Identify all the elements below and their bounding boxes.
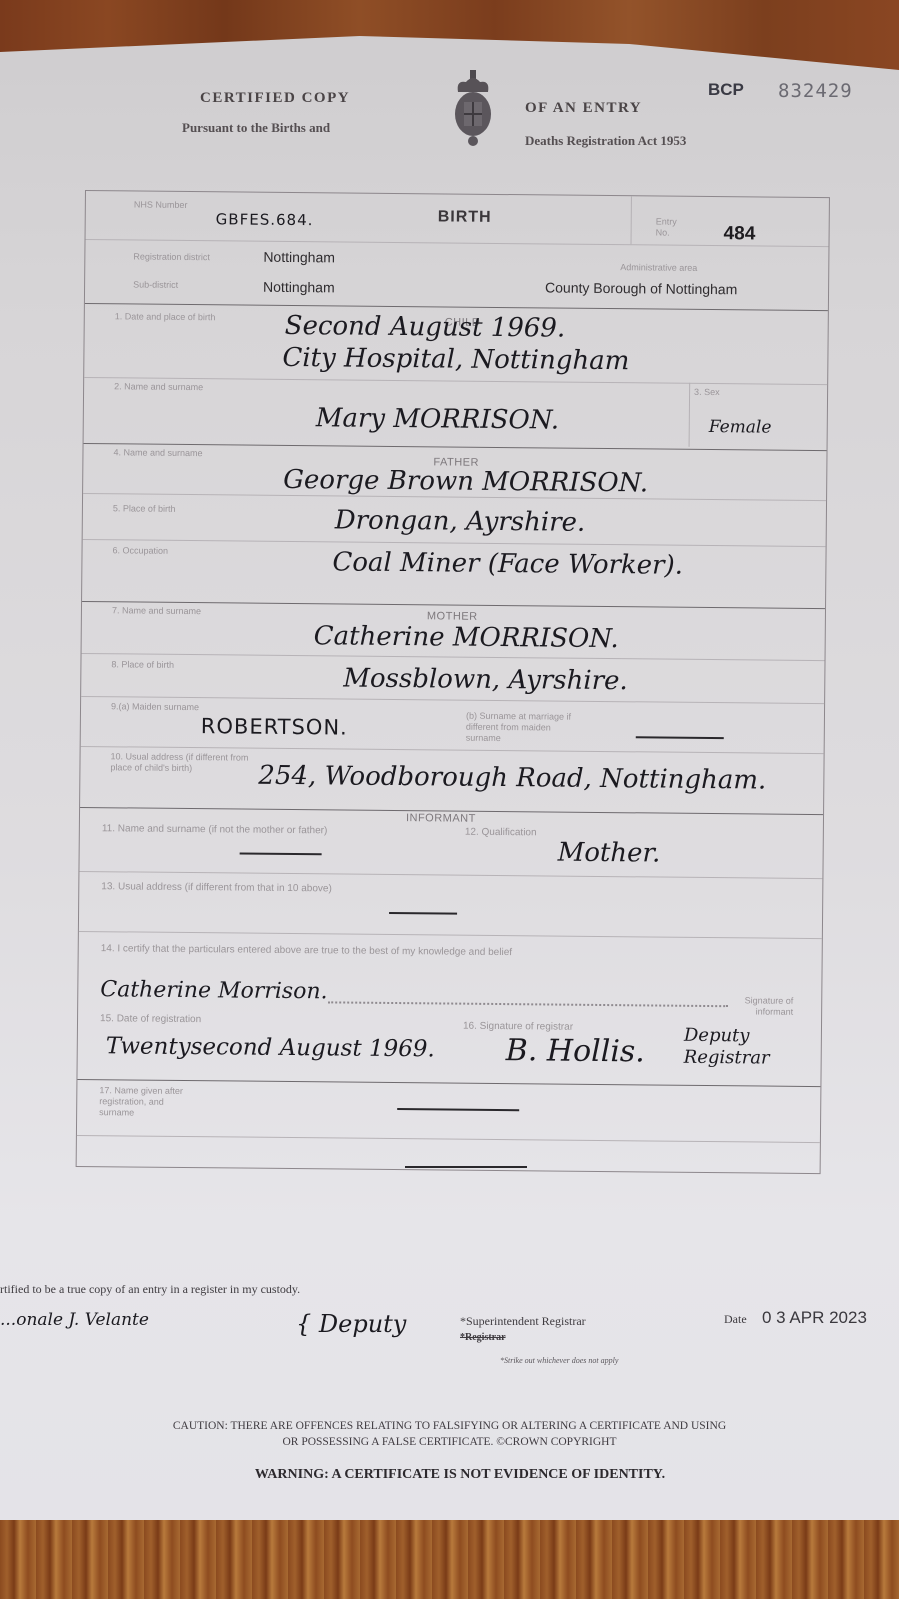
mother-name: Catherine MORRISON.	[314, 621, 619, 654]
registration-district-value: Nottingham	[263, 249, 335, 266]
caution-line-1: CAUTION: THERE ARE OFFENCES RELATING TO …	[0, 1420, 899, 1432]
caution-line-2: OR POSSESSING A FALSE CERTIFICATE. ©CROW…	[0, 1436, 899, 1448]
divider	[689, 383, 691, 447]
divider	[85, 303, 828, 311]
mother-maiden-surname: ROBERTSON.	[201, 714, 348, 739]
entry-number-label: Entry No.	[656, 216, 686, 238]
issue-date-label: Date	[724, 1312, 747, 1327]
deputy-mark: { Deputy	[296, 1310, 406, 1338]
informant-qualification: Mother.	[558, 838, 661, 869]
informant-address-blank	[389, 912, 457, 915]
father-name-label: 4. Name and surname	[113, 447, 202, 459]
child-name: Mary MORRISON.	[316, 403, 560, 435]
registrar-signature: B. Hollis.	[506, 1033, 645, 1069]
certifying-officer-signature: ...onale J. Velante	[0, 1310, 149, 1330]
serial-number: 832429	[778, 80, 853, 102]
registrar-struck-label: *Registrar	[460, 1332, 506, 1343]
mother-address: 254, Woodborough Road, Nottingham.	[258, 761, 766, 796]
registration-date: Twentysecond August 1969.	[106, 1033, 435, 1062]
child-date-of-birth: Second August 1969.	[285, 311, 566, 344]
divider	[631, 196, 632, 244]
child-sex-label: 3. Sex	[694, 387, 720, 398]
name-after-registration-blank	[397, 1108, 519, 1111]
father-occupation: Coal Miner (Face Worker).	[332, 547, 683, 580]
sub-district-label: Sub-district	[133, 279, 178, 290]
entry-number-value: 484	[724, 223, 756, 245]
signature-line	[328, 1001, 728, 1007]
mother-place-label: 8. Place of birth	[111, 659, 174, 671]
wood-table-surface	[0, 1520, 899, 1599]
child-sex: Female	[709, 417, 772, 438]
divider	[79, 931, 822, 939]
divider	[82, 653, 825, 661]
informant-certify-text: 14. I certify that the particulars enter…	[101, 943, 512, 958]
mother-place-of-birth: Mossblown, Ayrshire.	[343, 664, 628, 697]
father-place-of-birth: Drongan, Ayrshire.	[335, 505, 586, 537]
informant-name-label: 11. Name and surname (if not the mother …	[102, 823, 328, 836]
mother-marriage-surname-blank	[636, 736, 724, 739]
divider	[79, 871, 822, 879]
mother-maiden-label: 9.(a) Maiden surname	[111, 701, 199, 713]
informant-qualification-label: 12. Qualification	[465, 827, 537, 839]
registration-date-label: 15. Date of registration	[100, 1013, 201, 1025]
identity-warning: WARNING: A CERTIFICATE IS NOT EVIDENCE O…	[0, 1467, 899, 1483]
header-subtitle-left: Pursuant to the Births and	[182, 120, 330, 136]
nhs-number-label: NHS Number	[134, 199, 188, 211]
divider	[86, 239, 829, 247]
mother-name-label: 7. Name and surname	[112, 605, 201, 617]
mother-address-label: 10. Usual address (if different from pla…	[110, 751, 250, 774]
father-name: George Brown MORRISON.	[283, 465, 648, 499]
father-place-label: 5. Place of birth	[113, 503, 176, 515]
informant-name-blank	[240, 853, 322, 856]
child-place-of-birth: City Hospital, Nottingham	[282, 343, 629, 376]
sub-district-value: Nottingham	[263, 279, 335, 296]
superintendent-registrar-label: *Superintendent Registrar	[460, 1314, 586, 1329]
registration-district-label: Registration district	[133, 251, 210, 263]
child-name-label: 2. Name and surname	[114, 381, 203, 393]
informant-signature: Catherine Morrison.	[100, 977, 327, 1004]
registrar-title: Deputy Registrar	[684, 1025, 804, 1070]
name-after-registration-label: 17. Name given after registration, and s…	[99, 1085, 199, 1119]
royal-crest-icon	[452, 70, 494, 148]
entry-type: BIRTH	[438, 208, 492, 227]
strike-out-note: *Strike out whichever does not apply	[500, 1356, 618, 1365]
divider	[83, 539, 826, 547]
serial-prefix: BCP	[708, 80, 744, 100]
informant-address-label: 13. Usual address (if different from tha…	[101, 881, 332, 894]
informant-signature-label: Signature of informant	[733, 995, 793, 1018]
birth-entry-form: NHS Number GBFES.684. BIRTH Entry No. 48…	[76, 190, 830, 1174]
administrative-area-value: County Borough of Nottingham	[545, 279, 737, 297]
header-subtitle-right: Deaths Registration Act 1953	[525, 133, 686, 149]
section-mother: MOTHER	[427, 610, 478, 622]
issue-date-value: 0 3 APR 2023	[762, 1308, 867, 1328]
form-end-rule	[405, 1166, 527, 1168]
registrar-signature-label: 16. Signature of registrar	[463, 1021, 573, 1033]
father-occupation-label: 6. Occupation	[112, 545, 168, 557]
certified-true-copy-text: rtified to be a true copy of an entry in…	[0, 1282, 300, 1297]
section-informant: INFORMANT	[406, 812, 476, 825]
child-date-place-label: 1. Date and place of birth	[115, 311, 216, 323]
nhs-number-value: GBFES.684.	[216, 210, 314, 229]
divider	[77, 1135, 820, 1143]
mother-marriage-surname-label: (b) Surname at marriage if different fro…	[466, 711, 576, 745]
header-title-right: OF AN ENTRY	[525, 100, 642, 117]
header-title-left: CERTIFIED COPY	[200, 90, 350, 107]
administrative-area-label: Administrative area	[620, 262, 697, 274]
